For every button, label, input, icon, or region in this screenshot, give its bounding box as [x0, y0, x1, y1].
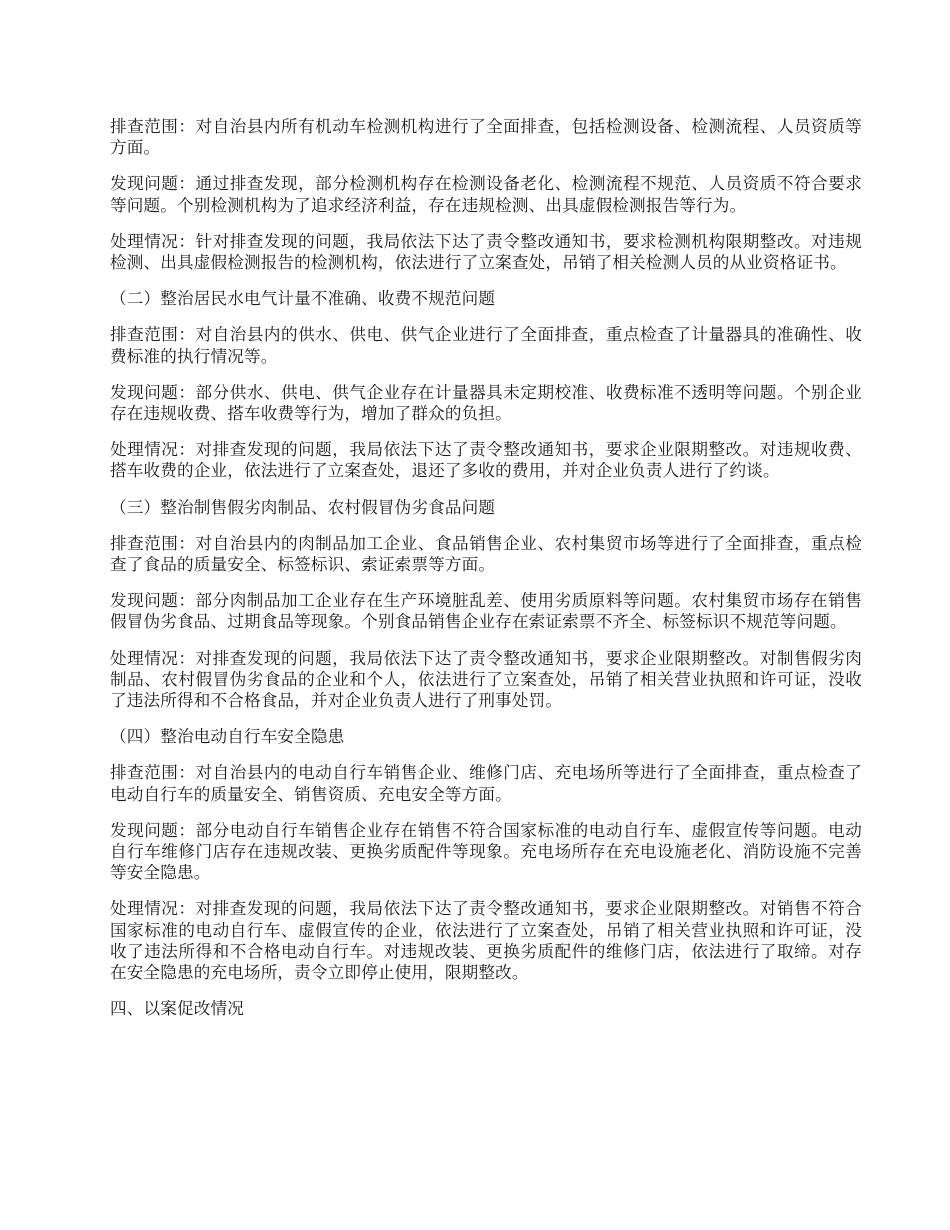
paragraph-inspection-scope-utilities: 排查范围：对自治县内的供水、供电、供气企业进行了全面排查，重点检查了计量器具的准… [110, 324, 862, 366]
paragraph-inspection-scope-food: 排查范围：对自治县内的肉制品加工企业、食品销售企业、农村集贸市场等进行了全面排查… [110, 533, 862, 575]
section-heading-case-reform: 四、以案促改情况 [110, 998, 862, 1019]
paragraph-inspection-scope-ebike: 排查范围：对自治县内的电动自行车销售企业、维修门店、充电场所等进行了全面排查，重… [110, 762, 862, 804]
section-heading-food: （三）整治制售假劣肉制品、农村假冒伪劣食品问题 [110, 497, 862, 518]
paragraph-handling-food: 处理情况：对排查发现的问题，我局依法下达了责令整改通知书，要求企业限期整改。对制… [110, 648, 862, 712]
section-heading-ebike: （四）整治电动自行车安全隐患 [110, 726, 862, 747]
document-page: 排查范围：对自治县内所有机动车检测机构进行了全面排查，包括检测设备、检测流程、人… [110, 116, 862, 1035]
paragraph-handling-vehicle: 处理情况：针对排查发现的问题，我局依法下达了责令整改通知书，要求检测机构限期整改… [110, 231, 862, 273]
paragraph-issues-found-utilities: 发现问题：部分供水、供电、供气企业存在计量器具未定期校准、收费标准不透明等问题。… [110, 382, 862, 424]
section-heading-utilities: （二）整治居民水电气计量不准确、收费不规范问题 [110, 288, 862, 309]
paragraph-inspection-scope-vehicle: 排查范围：对自治县内所有机动车检测机构进行了全面排查，包括检测设备、检测流程、人… [110, 116, 862, 158]
paragraph-handling-utilities: 处理情况：对排查发现的问题，我局依法下达了责令整改通知书，要求企业限期整改。对违… [110, 439, 862, 481]
paragraph-issues-found-food: 发现问题：部分肉制品加工企业存在生产环境脏乱差、使用劣质原料等问题。农村集贸市场… [110, 590, 862, 632]
paragraph-issues-found-ebike: 发现问题：部分电动自行车销售企业存在销售不符合国家标准的电动自行车、虚假宣传等问… [110, 820, 862, 884]
paragraph-handling-ebike: 处理情况：对排查发现的问题，我局依法下达了责令整改通知书，要求企业限期整改。对销… [110, 898, 862, 983]
paragraph-issues-found-vehicle: 发现问题：通过排查发现，部分检测机构存在检测设备老化、检测流程不规范、人员资质不… [110, 173, 862, 215]
